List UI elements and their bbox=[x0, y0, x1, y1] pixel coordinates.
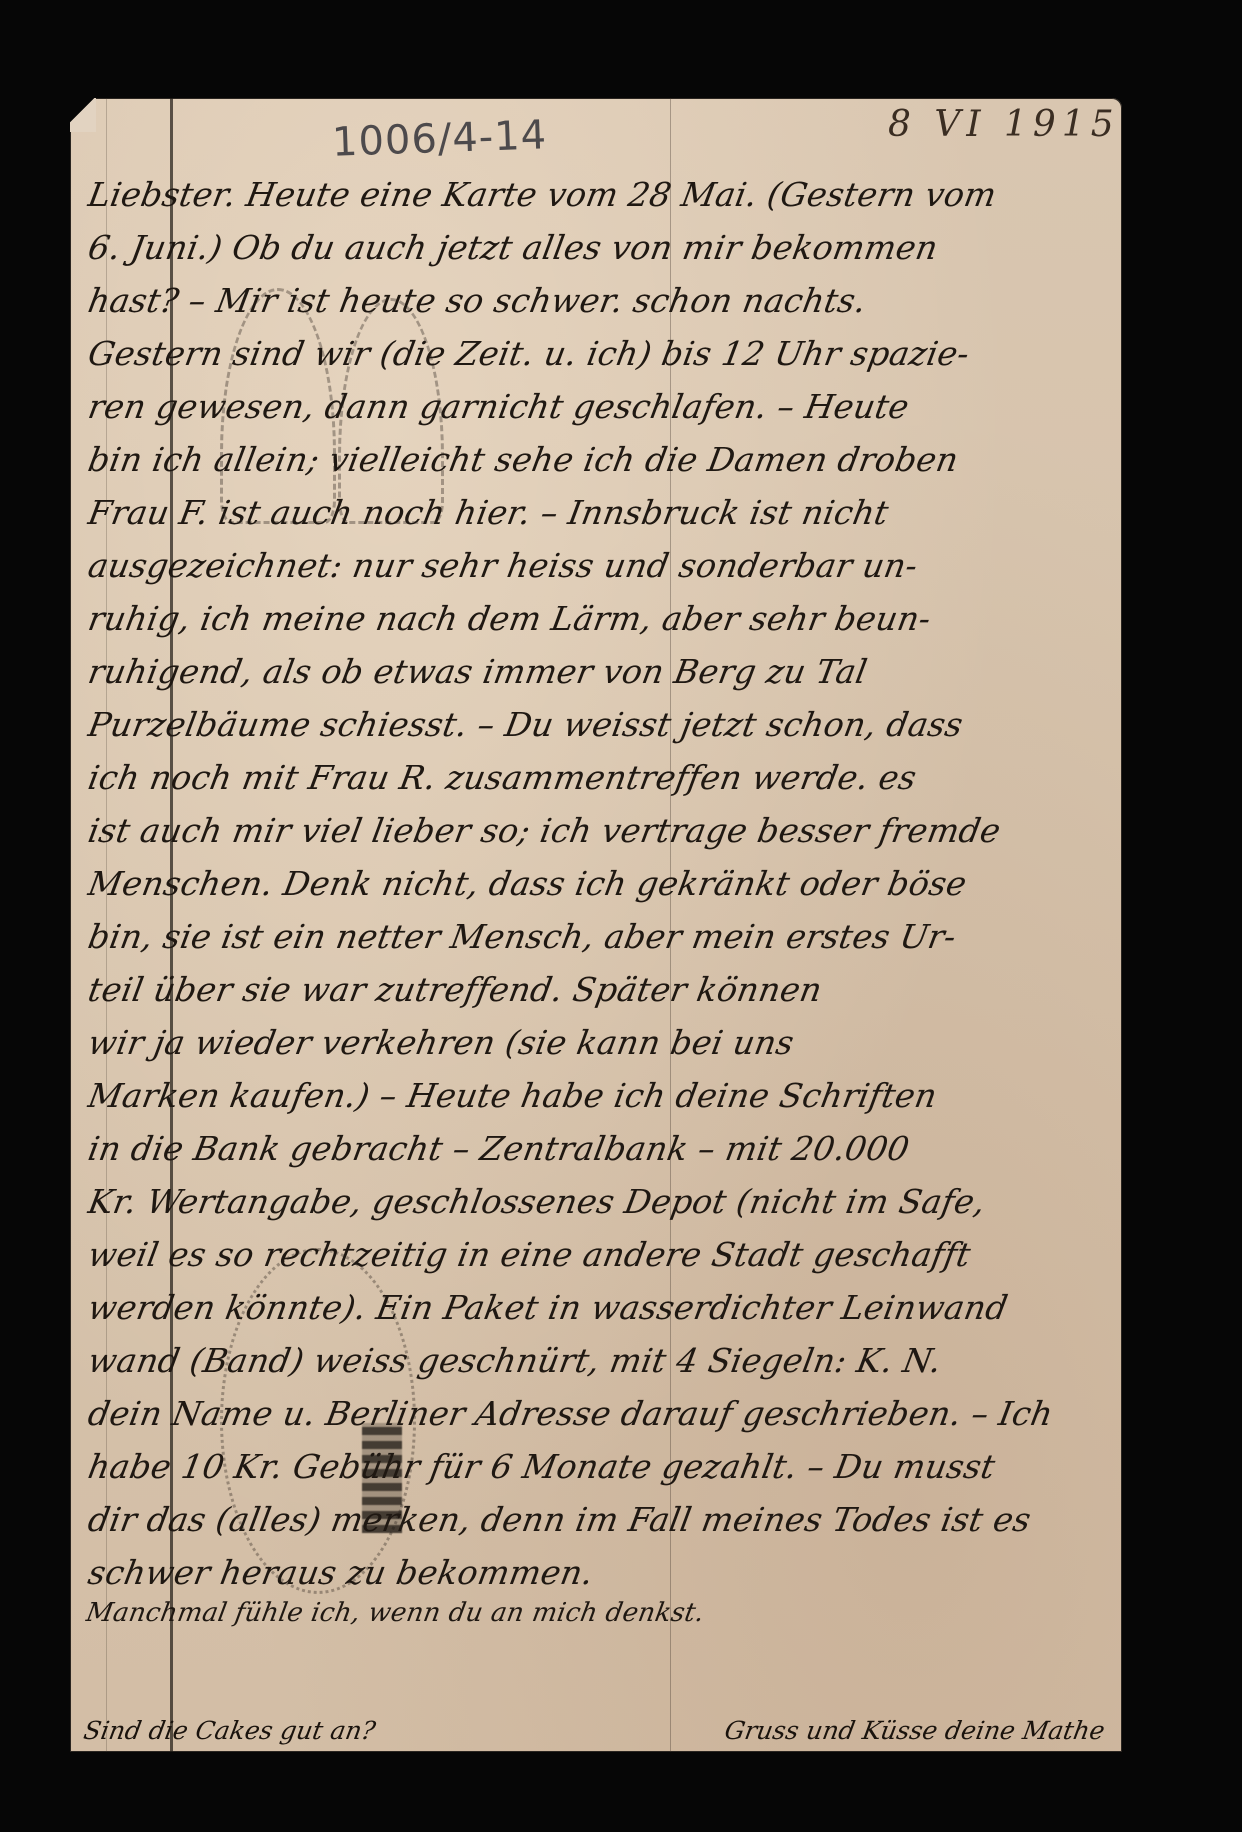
letter-line: ausgezeichnet: nur sehr heiss und sonder… bbox=[84, 539, 1113, 592]
postscript-line: Manchmal fühle ich, wenn du an mich denk… bbox=[84, 1599, 1109, 1627]
footer-note: Sind die Cakes gut an? bbox=[81, 1716, 377, 1745]
letter-line: Marken kaufen.) – Heute habe ich deine S… bbox=[84, 1069, 1113, 1122]
letter-line: bin, sie ist ein netter Mensch, aber mei… bbox=[84, 910, 1113, 963]
letter-line: werden könnte). Ein Paket in wasserdicht… bbox=[84, 1281, 1113, 1334]
letter-line: wand (Band) weiss geschnürt, mit 4 Siege… bbox=[84, 1334, 1113, 1387]
letter-line: wir ja wieder verkehren (sie kann bei un… bbox=[84, 1016, 1113, 1069]
letter-line: dein Name u. Berliner Adresse darauf ges… bbox=[84, 1387, 1113, 1440]
letter-line: ruhig, ich meine nach dem Lärm, aber seh… bbox=[84, 592, 1113, 645]
letter-line: bin ich allein; vielleicht sehe ich die … bbox=[84, 433, 1113, 486]
letter-line: hast? – Mir ist heute so schwer. schon n… bbox=[84, 274, 1113, 327]
footer-row: Sind die Cakes gut an? Gruss und Küsse d… bbox=[84, 1716, 1104, 1745]
letter-line: Liebster. Heute eine Karte vom 28 Mai. (… bbox=[84, 168, 1113, 221]
letter-line: dir das (alles) merken, denn im Fall mei… bbox=[84, 1493, 1113, 1546]
letter-line: habe 10 Kr. Gebühr für 6 Monate gezahlt.… bbox=[84, 1440, 1113, 1493]
letter-line: Frau F. ist auch noch hier. – Innsbruck … bbox=[84, 486, 1113, 539]
scan-background: 1006/4-14 8 VI 1915 Liebster. Heute eine… bbox=[0, 0, 1242, 1832]
folded-corner bbox=[70, 98, 96, 132]
letter-line: weil es so rechtzeitig in eine andere St… bbox=[84, 1228, 1113, 1281]
letter-line: ren gewesen, dann garnicht geschlafen. –… bbox=[84, 380, 1113, 433]
archive-number: 1006/4-14 bbox=[331, 112, 548, 165]
letter-line: ich noch mit Frau R. zusammentreffen wer… bbox=[84, 751, 1113, 804]
letter-line: Gestern sind wir (die Zeit. u. ich) bis … bbox=[84, 327, 1113, 380]
signature: Gruss und Küsse deine Mathe bbox=[722, 1716, 1107, 1745]
letter-line: Purzelbäume schiesst. – Du weisst jetzt … bbox=[84, 698, 1113, 751]
letter-line: Menschen. Denk nicht, dass ich gekränkt … bbox=[84, 857, 1113, 910]
letter-line: ist auch mir viel lieber so; ich vertrag… bbox=[84, 804, 1113, 857]
letter-date: 8 VI 1915 bbox=[888, 104, 1120, 145]
letter-line: ruhigend, als ob etwas immer von Berg zu… bbox=[84, 645, 1113, 698]
letter-line: schwer heraus zu bekommen. bbox=[84, 1546, 1113, 1599]
letter-line: in die Bank gebracht – Zentralbank – mit… bbox=[84, 1122, 1113, 1175]
letter-body: Liebster. Heute eine Karte vom 28 Mai. (… bbox=[84, 168, 1104, 1627]
letter-line: 6. Juni.) Ob du auch jetzt alles von mir… bbox=[84, 221, 1113, 274]
letter-line: teil über sie war zutreffend. Später kön… bbox=[84, 963, 1113, 1016]
postcard: 1006/4-14 8 VI 1915 Liebster. Heute eine… bbox=[70, 98, 1122, 1752]
letter-line: Kr. Wertangabe, geschlossenes Depot (nic… bbox=[84, 1175, 1113, 1228]
